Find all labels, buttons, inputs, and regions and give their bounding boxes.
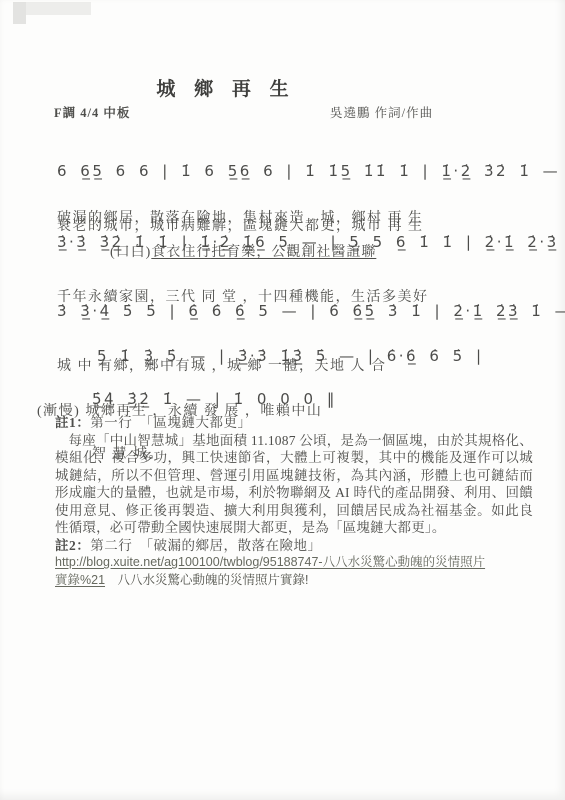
footnotes-section: 註1：第一行 「區塊鏈大都更」 每座「中山智慧城」基地面積 11.1087 公頃… (55, 414, 533, 589)
blog-link-url: http://blog.xuite.net/ag100100/twblog/95… (55, 555, 485, 569)
scanned-song-sheet: 城 鄉 再 生 F調 4/4 中板 吳遶鵬 作詞/作曲 6 6̲5̲ 6 6 |… (0, 0, 565, 800)
composer-credit: 吳遶鵬 作詞/作曲 (330, 103, 433, 121)
spoken-prefix: (口白) (110, 245, 151, 260)
note-2-heading-text: 第二行 「破漏的鄉居，散落在險地」 (90, 538, 321, 553)
note-1-heading-text: 第一行 「區塊鏈大都更」 (90, 415, 251, 430)
blog-link-line-2: 實錄%21 八八水災驚心動魄的災情照片實錄! (55, 572, 533, 590)
meta-row: F調 4/4 中板 吳遶鵬 作詞/作曲 (0, 103, 565, 121)
notation-line-6: 5̲̇4̲̇ 3̲̇2̲̇ 1̇ — | 1̇ 0 0 0 ‖ (92, 390, 337, 409)
blog-link-line-1: http://blog.xuite.net/ag100100/twblog/95… (55, 554, 533, 572)
spoken-interlude: (口白)食衣住行托育樂，公觀創社醫誼聯 (110, 241, 376, 261)
key-signature: F調 4/4 中板 (54, 103, 130, 121)
blog-link-tail: 八八水災驚心動魄的災情照片實錄! (105, 573, 308, 587)
note-2-heading: 註2：第二行 「破漏的鄉居，散落在險地」 (55, 537, 533, 555)
spoken-text: 食衣住行托育樂，公觀創社醫誼聯 (151, 245, 376, 260)
song-title: 城 鄉 再 生 (0, 74, 452, 101)
scan-artifact-corner (13, 2, 26, 24)
note-2-label: 註2： (55, 538, 90, 553)
note-1-heading: 註1：第一行 「區塊鏈大都更」 (55, 414, 533, 432)
note-1-body: 每座「中山智慧城」基地面積 11.1087 公頃，是為一個區塊，由於其規格化、模… (55, 432, 533, 537)
blog-link-continuation: 實錄%21 (55, 573, 105, 587)
note-1-label: 註1： (55, 415, 90, 430)
